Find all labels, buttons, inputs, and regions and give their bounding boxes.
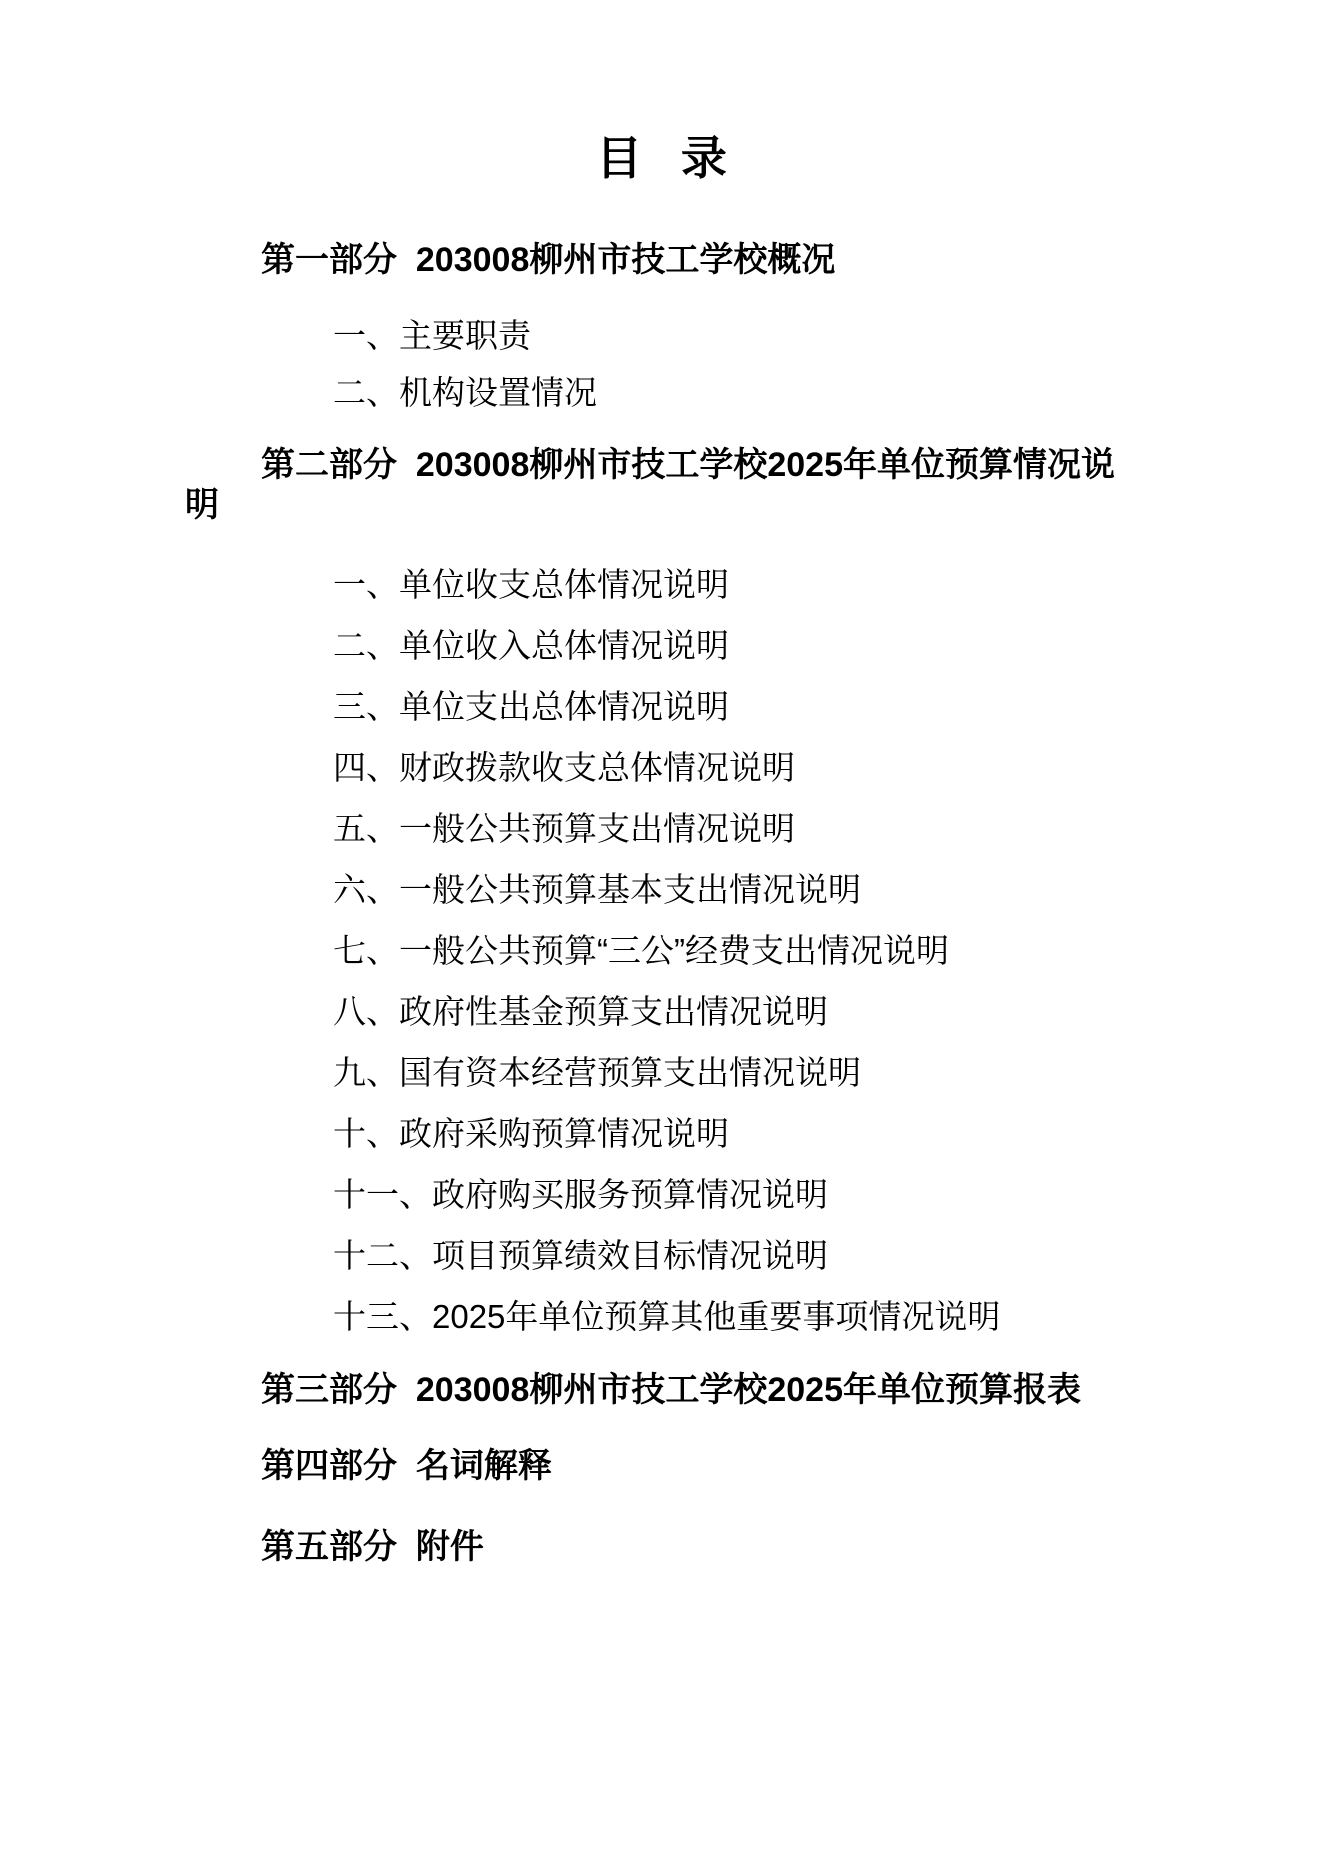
section-heading-part5: 第五部分 附件 bbox=[185, 1527, 1138, 1567]
toc-item: 二、单位收入总体情况说明 bbox=[333, 626, 1138, 666]
toc-item: 十一、政府购买服务预算情况说明 bbox=[333, 1175, 1138, 1215]
toc-item: 七、一般公共预算“三公”经费支出情况说明 bbox=[333, 931, 1138, 971]
toc-item: 八、政府性基金预算支出情况说明 bbox=[333, 992, 1138, 1032]
section-heading-part2-line2: 明 bbox=[185, 486, 219, 524]
document-page: 目 录 第一部分 203008柳州市技工学校概况 一、主要职责 二、机构设置情况… bbox=[0, 0, 1323, 1871]
section-heading-part4: 第四部分 名词解释 bbox=[185, 1446, 1138, 1486]
section-heading-part3: 第三部分 203008柳州市技工学校2025年单位预算报表 bbox=[185, 1370, 1138, 1410]
toc-item: 三、单位支出总体情况说明 bbox=[333, 687, 1138, 727]
section-heading-part2-line1: 第二部分 203008柳州市技工学校2025年单位预算情况说 bbox=[261, 446, 1115, 484]
toc-item: 二、机构设置情况 bbox=[333, 373, 1138, 413]
toc-item: 五、一般公共预算支出情况说明 bbox=[333, 809, 1138, 849]
toc-item: 一、单位收支总体情况说明 bbox=[333, 565, 1138, 605]
toc-item: 四、财政拨款收支总体情况说明 bbox=[333, 748, 1138, 788]
toc-item: 十三、2025年单位预算其他重要事项情况说明 bbox=[333, 1297, 1138, 1337]
section-heading-part2: 第二部分 203008柳州市技工学校2025年单位预算情况说明 bbox=[185, 445, 1138, 525]
toc-item: 十二、项目预算绩效目标情况说明 bbox=[333, 1236, 1138, 1276]
toc-item: 一、主要职责 bbox=[333, 316, 1138, 356]
toc-item: 十、政府采购预算情况说明 bbox=[333, 1114, 1138, 1154]
toc-item: 六、一般公共预算基本支出情况说明 bbox=[333, 870, 1138, 910]
toc-title: 目 录 bbox=[185, 132, 1138, 184]
toc-item: 九、国有资本经营预算支出情况说明 bbox=[333, 1053, 1138, 1093]
section-heading-part1: 第一部分 203008柳州市技工学校概况 bbox=[185, 240, 1138, 280]
